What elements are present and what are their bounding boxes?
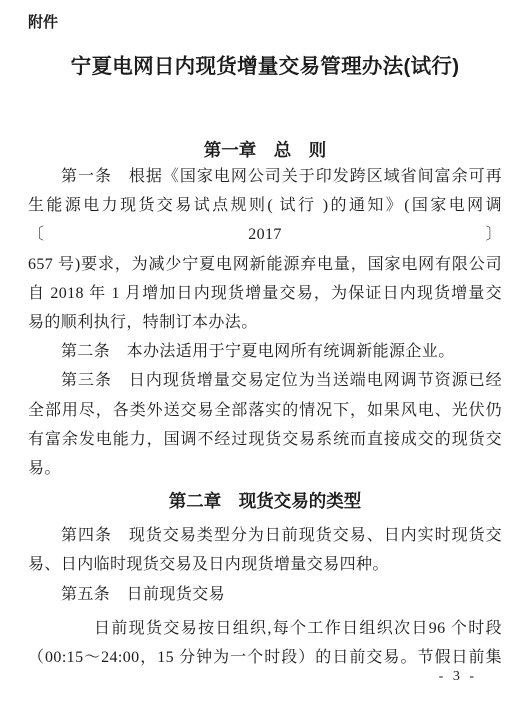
chapter-1-heading: 第一章 总 则	[28, 138, 502, 162]
text-line: 自 2018 年 1 月增加日内现货增量交易，为保证日内现货增量交	[28, 279, 502, 308]
document-title: 宁夏电网日内现货增量交易管理办法(试行)	[28, 53, 502, 81]
text-line: 第一条 根据《国家电网公司关于印发跨区域省间富余可再	[28, 162, 502, 191]
text-line: 日前现货交易按日组织,每个工作日组织次日96 个时段	[28, 614, 502, 643]
text-line: 第五条 日前现货交易	[28, 580, 502, 609]
text-line: 生能源电力现货交易试点规则( 试行 )的通知》(国家电网调〔2017〕	[28, 191, 502, 249]
document-page: 附件 宁夏电网日内现货增量交易管理办法(试行) 第一章 总 则 第一条 根据《国…	[0, 0, 530, 714]
text-line: 易。	[28, 454, 502, 483]
text-line: 全部用尽，各类外送交易全部落实的情况下，如果风电、光伏仍	[28, 396, 502, 425]
text-line: 第三条 日内现货增量交易定位为当送端电网调节资源已经	[28, 366, 502, 395]
text-line: （00:15～24:00，15 分钟为一个时段）的日前交易。节假日前集	[28, 643, 502, 672]
text-line: 第二条 本办法适用于宁夏电网所有统调新能源企业。	[28, 337, 502, 366]
text-line: 易、日内临时现货交易及日内现货增量交易四种。	[28, 550, 502, 579]
text-line: 易的顺利执行，特制订本办法。	[28, 308, 502, 337]
text-line: 657 号)要求，为减少宁夏电网新能源弃电量，国家电网有限公司	[28, 250, 502, 279]
text-line: 第四条 现货交易类型分为日前现货交易、日内实时现货交	[28, 521, 502, 550]
text-line: 有富余发电能力，国调不经过现货交易系统而直接成交的现货交	[28, 425, 502, 454]
attachment-label: 附件	[28, 14, 502, 32]
chapter-2-heading: 第二章 现货交易的类型	[28, 489, 502, 513]
page-number: - 3 -	[439, 668, 477, 686]
